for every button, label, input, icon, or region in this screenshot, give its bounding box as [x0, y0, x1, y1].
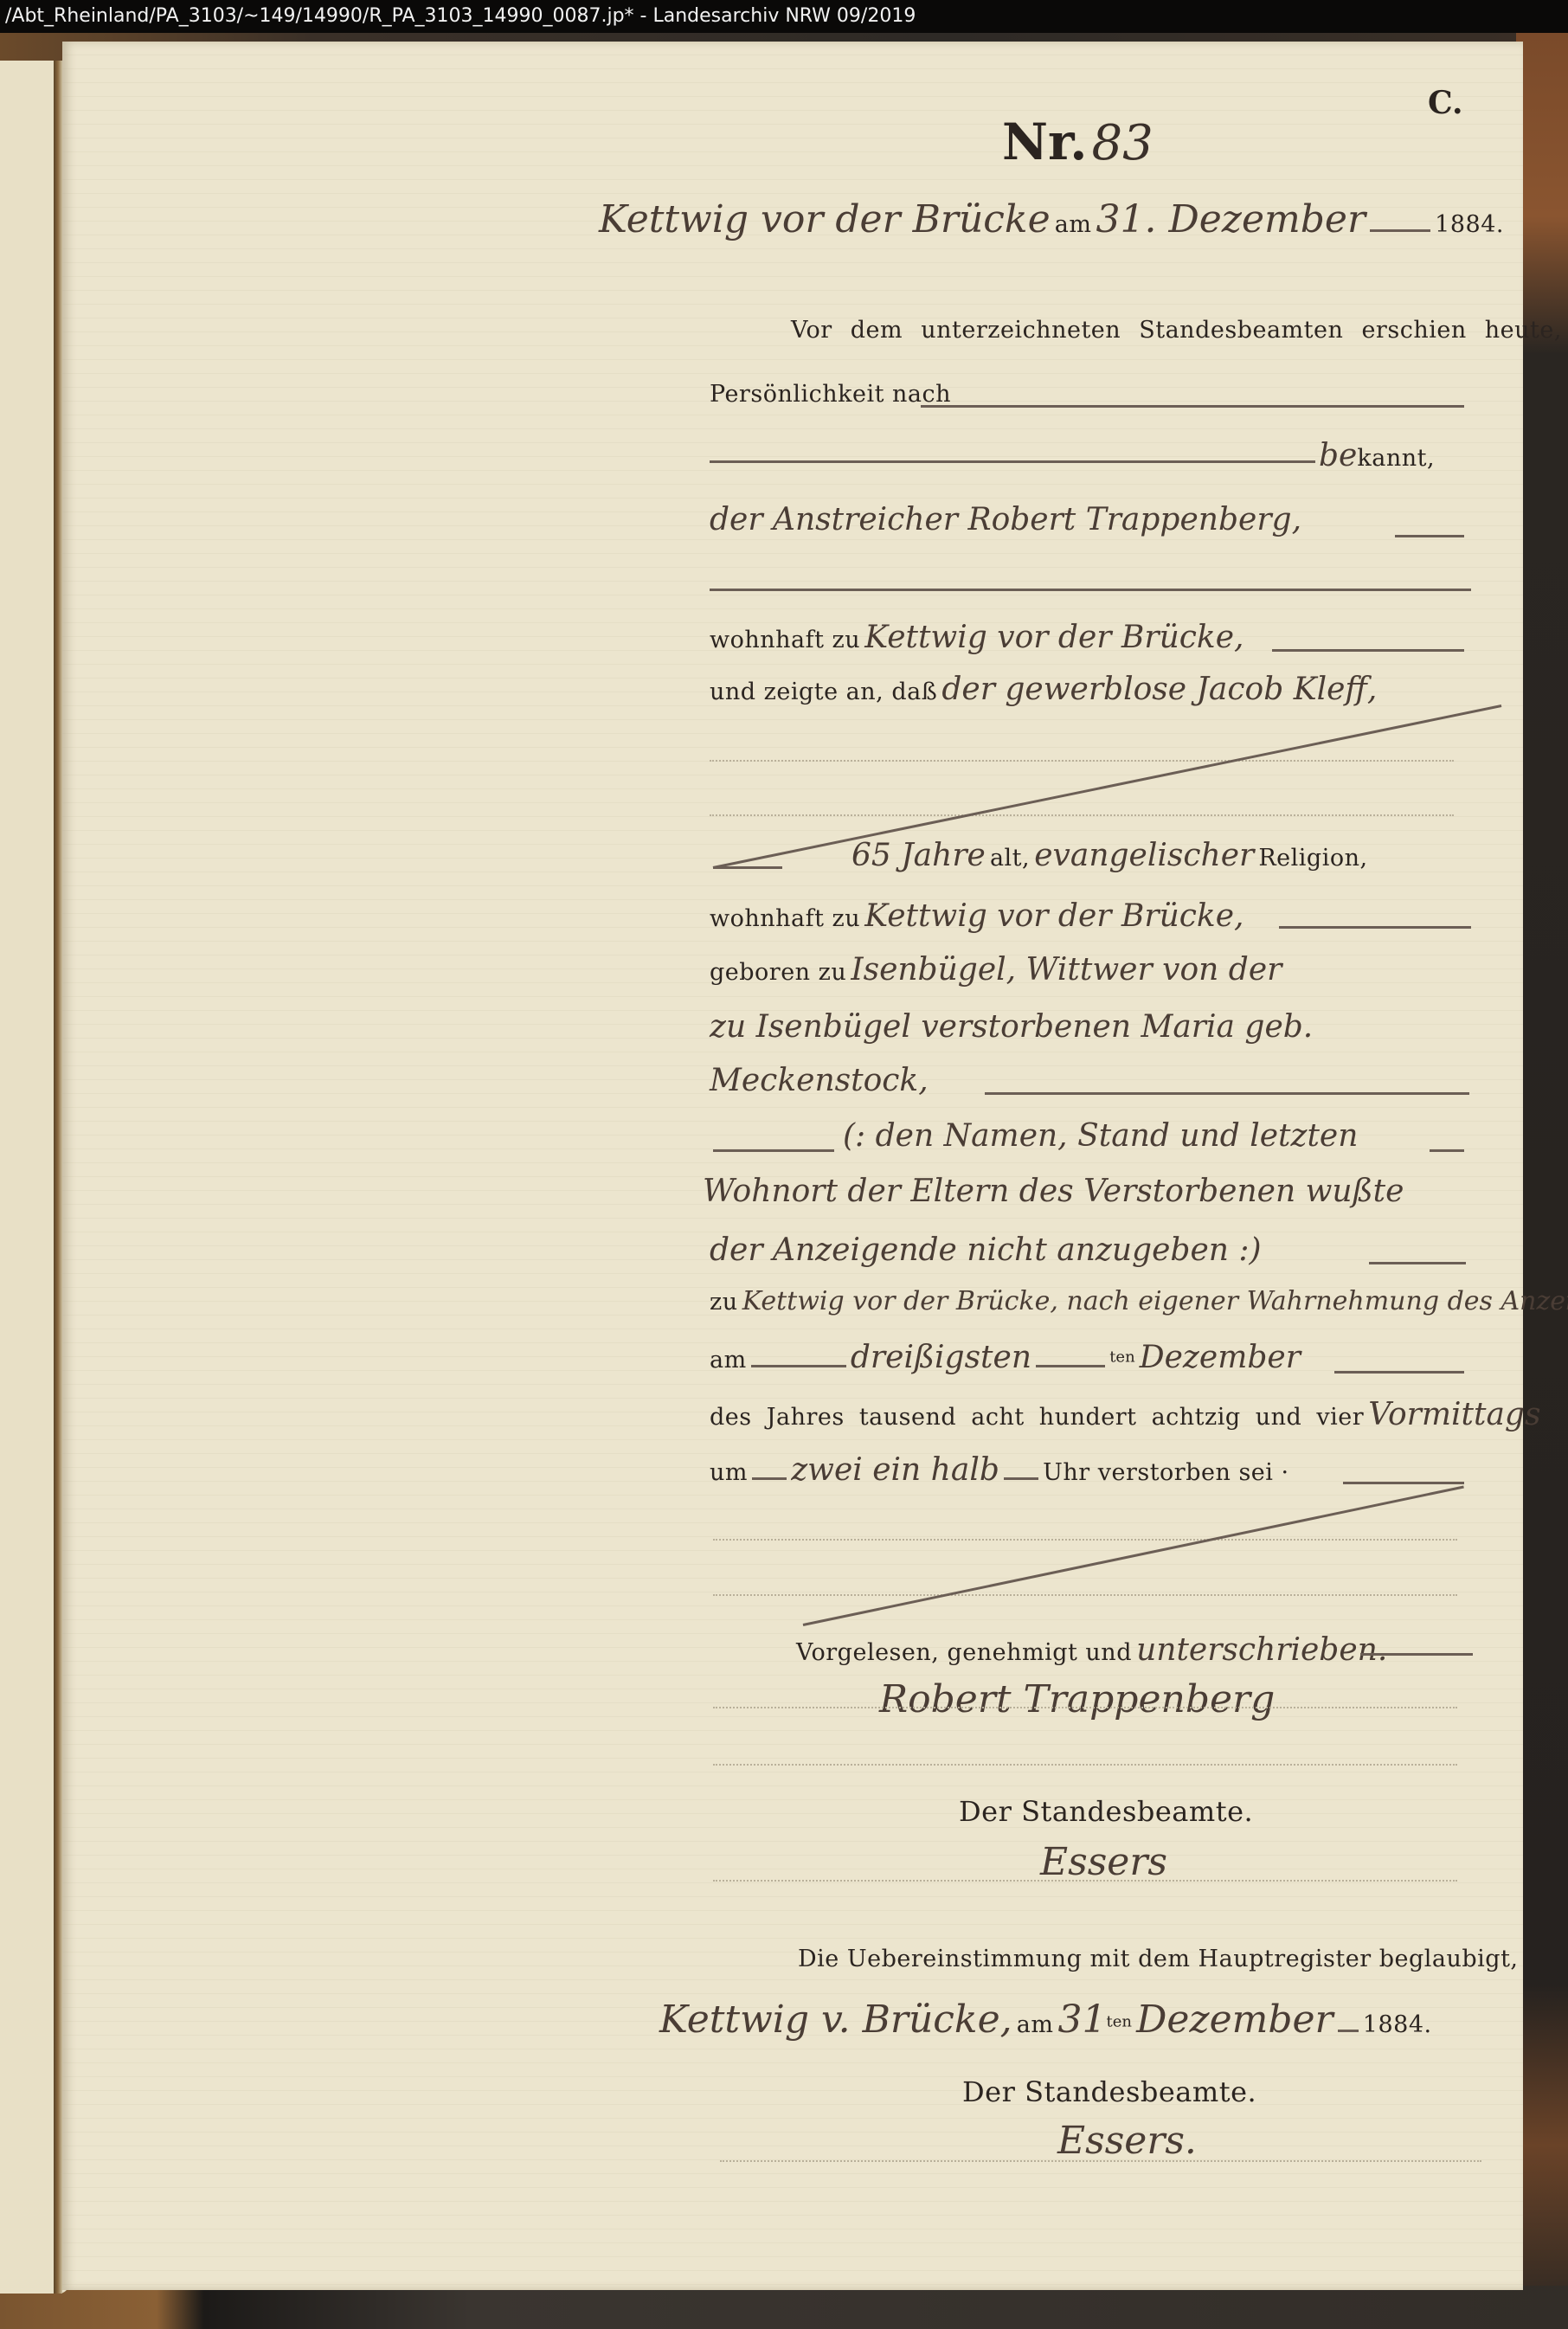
informant-signature: Robert Trappenberg [879, 1677, 1275, 1721]
cert-month-hand: Dezember [1136, 1998, 1333, 2042]
fill-dash [1430, 1149, 1464, 1152]
kannt-line: bekannt, [1319, 438, 1435, 473]
spouse-surname: Meckenstock, [710, 1063, 929, 1098]
fill-dash [1343, 1482, 1464, 1484]
death-place-line: zu Kettwig vor der Brücke, nach eigener … [710, 1286, 1568, 1316]
residence-hand: Kettwig vor der Brücke, [864, 898, 1243, 934]
death-place-hand: Kettwig vor der Brücke, nach eigener Wah… [742, 1286, 1568, 1316]
fill-dash [1360, 1653, 1473, 1656]
year: 1884. [1435, 211, 1504, 238]
born-hand: Isenbügel, Wittwer von der [851, 952, 1282, 988]
window-title-bar: /Abt_Rheinland/PA_3103/~149/14990/R_PA_3… [0, 0, 1568, 33]
announcement-line: und zeigte an, daß der gewerblose Jacob … [710, 672, 1377, 707]
um-label: um [710, 1459, 748, 1486]
time-suffix: Uhr verstorben sei · [1043, 1459, 1289, 1486]
informant-hand: der Anstreicher Robert Trappenberg, [710, 502, 1301, 537]
fill-dash [1369, 1262, 1466, 1264]
ruled-line [710, 760, 1454, 762]
kannt-print: kannt, [1357, 445, 1435, 472]
fill-dash [1272, 649, 1464, 652]
read-hand: unterschrieben. [1136, 1632, 1387, 1668]
born-line: geboren zu Isenbügel, Wittwer von der [710, 952, 1282, 988]
window-title: /Abt_Rheinland/PA_3103/~149/14990/R_PA_3… [5, 5, 916, 27]
year-text: des Jahres tausend acht hundert achtzig … [710, 1404, 1364, 1431]
time-of-day-hand: Vormittags [1368, 1397, 1540, 1432]
death-day-line: am dreißigsten ten Dezember [710, 1340, 1301, 1375]
intro-line-1: Vor dem unterzeichneten Standesbeamten e… [791, 317, 1568, 344]
residence-label: wohnhaft zu [710, 627, 860, 653]
corner-mark: C. [1428, 85, 1463, 121]
death-place-label: zu [710, 1289, 738, 1316]
blank-line [710, 589, 1471, 591]
age-hand: 65 Jahre [851, 838, 986, 873]
record-number: Nr. 83 [1002, 113, 1154, 171]
residence-hand: Kettwig vor der Brücke, [864, 620, 1243, 655]
note-line-3: der Anzeigende nicht anzugeben :) [710, 1232, 1262, 1268]
be-hand: be [1319, 438, 1357, 473]
cert-registrar-signature: Essers. [1057, 2119, 1197, 2163]
born-label: geboren zu [710, 959, 846, 986]
cert-place-hand: Kettwig v. Brücke, [659, 1998, 1012, 2042]
book-binding-right [1516, 33, 1568, 2329]
ruled-line [713, 1707, 1457, 1709]
day-suffix: ten [1109, 1348, 1134, 1367]
place-hand: Kettwig vor der Brücke [599, 197, 1051, 241]
fill-dash [713, 866, 782, 869]
note-line-1: (: den Namen, Stand und letzten [843, 1118, 1358, 1154]
announcement-label: und zeigte an, daß [710, 679, 937, 705]
fill-dash [1334, 1371, 1464, 1374]
ruled-line [713, 1539, 1457, 1541]
religion-hand: evangelischer [1034, 838, 1254, 873]
am-label: am [710, 1347, 747, 1374]
religion-label: Religion, [1258, 845, 1367, 872]
am-label: am [1017, 2011, 1054, 2038]
age-religion-line: 65 Jahre alt, evangelischer Religion, [851, 838, 1368, 873]
blank-line [921, 405, 1464, 408]
residence-label: wohnhaft zu [710, 905, 860, 932]
registrar-signature: Essers [1040, 1840, 1167, 1884]
book-gutter [54, 61, 62, 2294]
spouse-line: zu Isenbügel verstorbenen Maria geb. [710, 1009, 1313, 1045]
fill-dash [985, 1092, 1469, 1095]
register-page: C. Nr. 83 Kettwig vor der Brücke am 31. … [62, 42, 1523, 2290]
fill-dash [1279, 926, 1471, 929]
cert-year: 1884. [1363, 2011, 1432, 2038]
death-day-hand: dreißigsten [851, 1340, 1031, 1375]
cert-registrar-label: Der Standesbeamte. [962, 2075, 1256, 2108]
blank-line [710, 460, 1315, 463]
strike-through-diagonal [803, 1486, 1464, 1626]
number-value: 83 [1092, 115, 1154, 171]
death-month-hand: Dezember [1140, 1340, 1301, 1375]
date-hand: 31. Dezember [1096, 197, 1366, 241]
ruled-line [710, 814, 1454, 817]
day-suffix: ten [1107, 2013, 1132, 2031]
fill-dash [1395, 535, 1464, 537]
read-label: Vorgelesen, genehmigt und [796, 1639, 1132, 1666]
deceased-hand: der gewerblose Jacob Kleff, [941, 672, 1377, 707]
place-date-line: Kettwig vor der Brücke am 31. Dezember 1… [599, 197, 1504, 241]
deceased-residence-line: wohnhaft zu Kettwig vor der Brücke, [710, 898, 1244, 934]
ruled-line [720, 2160, 1481, 2163]
read-approved-line: Vorgelesen, genehmigt und unterschrieben… [796, 1632, 1387, 1668]
ruled-line [713, 1594, 1457, 1597]
note-line-2: Wohnort der Eltern des Verstorbenen wußt… [703, 1174, 1404, 1209]
year-line: des Jahres tausend acht hundert achtzig … [710, 1397, 1540, 1432]
fill-dash [713, 1149, 834, 1152]
number-label: Nr. [1002, 113, 1087, 171]
time-hand: zwei ein halb [791, 1452, 999, 1488]
book-binding-bottom [0, 2286, 1568, 2329]
cert-day-hand: 31 [1058, 1998, 1107, 2042]
registrar-label: Der Standesbeamte. [959, 1795, 1253, 1828]
informant-residence-line: wohnhaft zu Kettwig vor der Brücke, [710, 620, 1244, 655]
ruled-line [713, 1764, 1457, 1766]
age-label: alt, [990, 845, 1030, 872]
certification-text: Die Uebereinstimmung mit dem Hauptregist… [798, 1946, 1519, 1972]
time-line: um zwei ein halb Uhr verstorben sei · [710, 1452, 1289, 1488]
intro-line-2-label: Persönlichkeit nach [710, 381, 951, 408]
am-label: am [1055, 211, 1092, 238]
certification-date-line: Kettwig v. Brücke, am 31ten Dezember 188… [659, 1998, 1432, 2042]
ruled-line [713, 1880, 1457, 1882]
